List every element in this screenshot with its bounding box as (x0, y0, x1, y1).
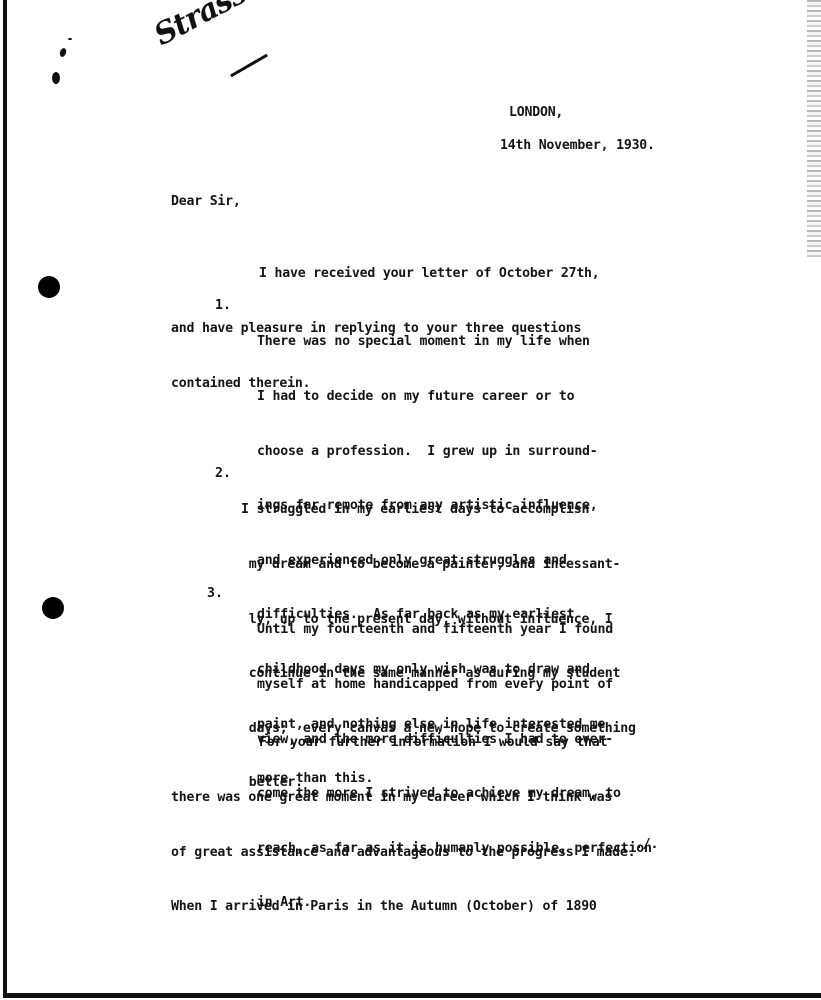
punch-hole-bottom (42, 597, 64, 619)
scan-edge-right (807, 0, 821, 260)
answer-number: 3. (207, 585, 223, 603)
letter-place: LONDON, (509, 104, 563, 122)
text-line: myself at home handicapped from every po… (257, 676, 652, 694)
scan-edge-bottom (3, 993, 821, 998)
answer-number: 1. (215, 297, 231, 315)
handwritten-annotation: Strasser (149, 0, 281, 53)
text-line: there was one great moment in my career … (171, 789, 635, 807)
text-line: When I arrived in Paris in the Autumn (O… (171, 898, 635, 916)
letter-page: Strasser LONDON, 14th November, 1930. De… (0, 0, 821, 1000)
text-line: For your further information I would say… (171, 734, 635, 752)
letter-date: 14th November, 1930. (500, 137, 655, 155)
text-line: There was no special moment in my life w… (257, 333, 605, 351)
ink-speck (68, 38, 72, 40)
scan-edge-left (3, 0, 7, 995)
ink-speck (59, 47, 68, 58)
text-line: my dream and to become a painter, and in… (241, 556, 636, 574)
continuation-mark: ./. (635, 836, 658, 854)
annotation-underline (230, 54, 268, 78)
text-line: I struggled in my earliest days to accom… (241, 501, 636, 519)
text-line: of great assistance and advantageous to … (171, 844, 635, 862)
answer-number: 2. (215, 465, 231, 483)
punch-hole-top (38, 276, 60, 298)
closing-paragraph: For your further information I would say… (171, 698, 635, 953)
text-line: Until my fourteenth and fifteenth year I… (257, 621, 652, 639)
salutation: Dear Sir, (171, 193, 241, 211)
text-line: I have received your letter of October 2… (171, 265, 600, 283)
text-line: I had to decide on my future career or t… (257, 388, 605, 406)
ink-speck (52, 72, 60, 84)
text-line: choose a profession. I grew up in surrou… (257, 443, 605, 461)
